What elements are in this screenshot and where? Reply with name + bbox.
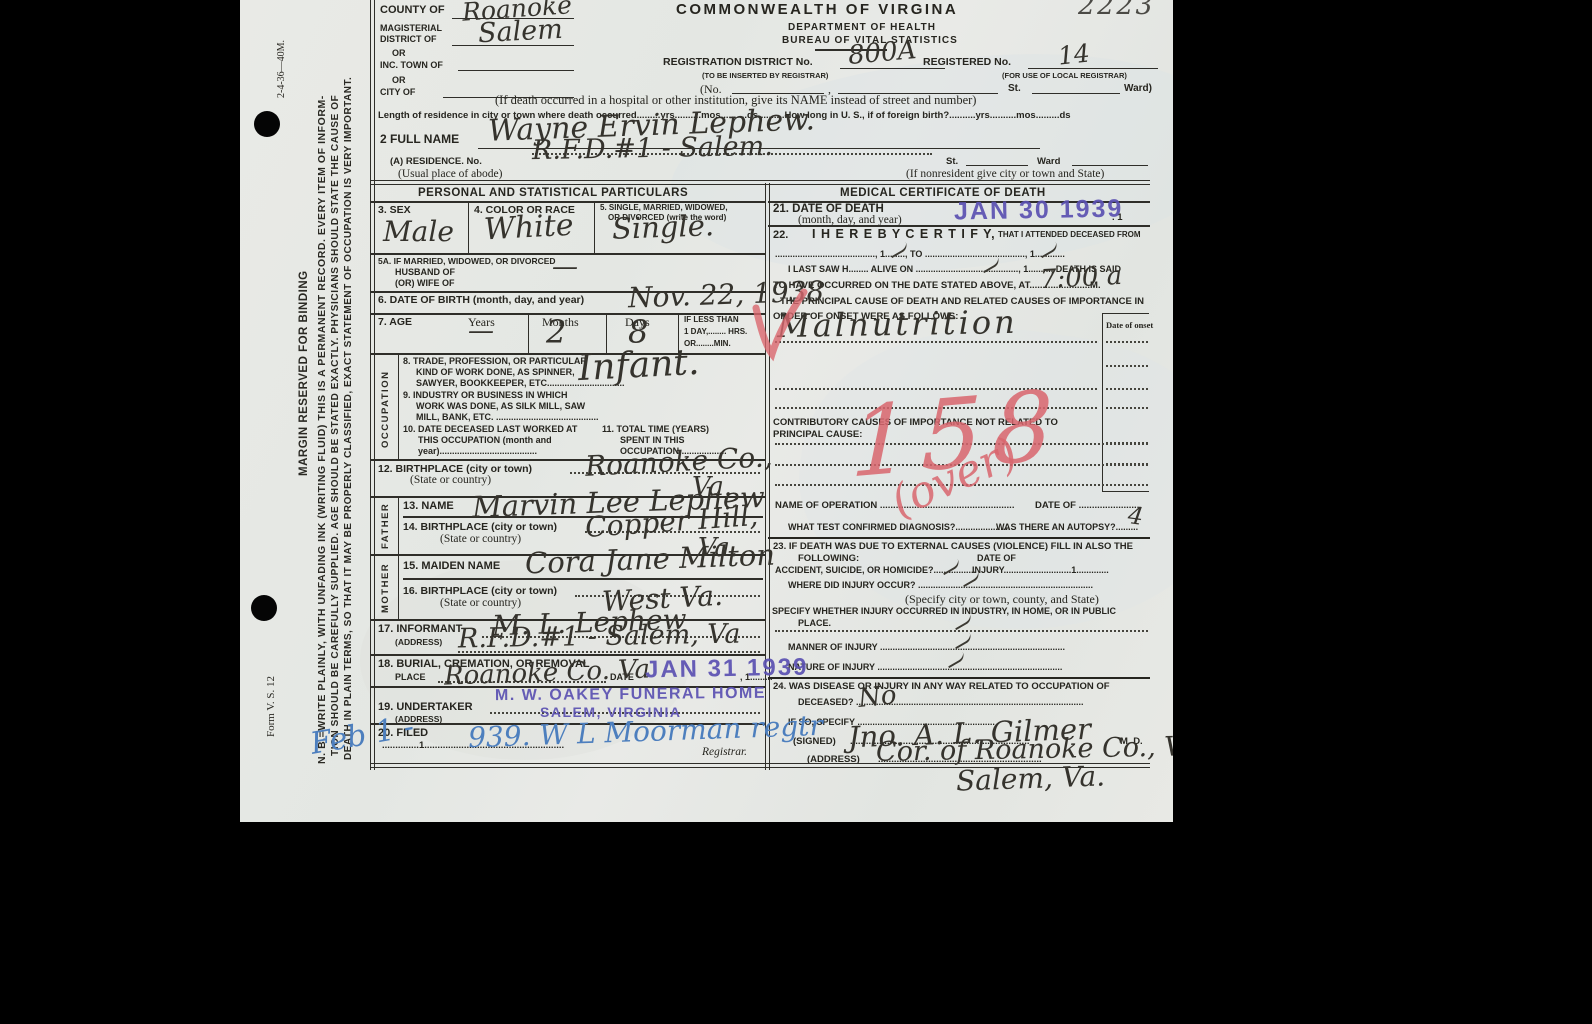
reg-note-2: (FOR USE OF LOCAL REGISTRAR) (1002, 71, 1127, 80)
screenshot-background: 2-4-36—40M. MARGIN RESERVED FOR BINDING … (0, 0, 1592, 1024)
contributory-line2: PRINCIPAL CAUSE: (773, 429, 862, 440)
margin-form-number: Form V. S. 12 (265, 676, 277, 737)
or-label-2: OR (392, 75, 406, 85)
q24-line1: 24. WAS DISEASE OR INJURY IN ANY WAY REL… (773, 681, 1110, 692)
q23-specify-line2: PLACE. (798, 618, 831, 628)
margin-form-code: 2-4-36—40M. (276, 40, 287, 98)
funeral-home-stamp-line2: SALEM, VIRGINIA (540, 704, 682, 720)
margin-nb-line2: TION SHOULD BE CAREFULLY SUPPLIED. AGE S… (330, 95, 341, 756)
funeral-home-stamp-line1: M. W. OAKEY FUNERAL HOME (495, 685, 766, 705)
q10-line1: 10. DATE DECEASED LAST WORKED AT (403, 424, 577, 434)
operation-date-label: DATE OF ....................... (1035, 500, 1139, 511)
q23-where-line: WHERE DID INJURY OCCUR? ................… (788, 580, 1093, 590)
row6-rule (370, 313, 765, 315)
district-label: DISTRICT OF (380, 34, 437, 44)
q22-number: 22. (773, 229, 788, 241)
marital-value: Single. (611, 208, 714, 246)
occupation-inner-line (398, 353, 399, 459)
autopsy-label: WAS THERE AN AUTOPSY?......... (996, 522, 1138, 532)
punch-hole-bottom (251, 595, 277, 621)
no-line (732, 81, 824, 94)
residence-ward-label: Ward (1037, 156, 1060, 167)
dept-of-health: DEPARTMENT OF HEALTH (788, 22, 936, 33)
q23-nature-line: NATURE OF INJURY .......................… (788, 662, 1062, 672)
q18-place-label: PLACE (395, 672, 426, 682)
certificate-number: 2223 (1078, 0, 1155, 21)
registrar-label: Registrar. (702, 746, 747, 758)
reg-district-value: 800A (847, 35, 918, 71)
age-label: 7. AGE (378, 316, 412, 328)
race-value: White (483, 208, 574, 248)
q22-fromto-line: ........................................… (775, 249, 1065, 259)
q8-value: Infant. (577, 342, 700, 389)
q23-line2: FOLLOWING: (798, 553, 859, 564)
time-of-death-value: 7:00 a (1039, 261, 1123, 295)
q12-sub: (State or country) (410, 474, 491, 486)
father-vertical-label: FATHER (380, 503, 391, 549)
q19-label: 19. UNDERTAKER (378, 701, 473, 713)
q8-line2: KIND OF WORK DONE, AS SPINNER, (416, 367, 575, 377)
q23-specify-line1: SPECIFY WHETHER INJURY OCCURRED IN INDUS… (772, 606, 1116, 616)
q24-top-rule (768, 677, 1150, 679)
cause-of-death-value: Malnutrition (777, 303, 1018, 345)
mother-vertical-label: MOTHER (380, 563, 391, 613)
registered-no-line (1028, 54, 1158, 69)
age-div-1 (528, 314, 529, 353)
q11-line1: 11. TOTAL TIME (YEARS) (602, 424, 709, 434)
st-label: St. (1008, 83, 1021, 94)
residence-st-label: St. (946, 156, 958, 167)
q14-sub: (State or country) (440, 533, 521, 545)
q9-line1: 9. INDUSTRY OR BUSINESS IN WHICH (403, 390, 568, 400)
death-date-stamp: JAN 30 1939 (954, 195, 1124, 227)
onset-dot-2 (1106, 365, 1148, 367)
q23-top-rule (768, 537, 1150, 539)
q12-value-1: Roanoke Co., (584, 440, 773, 483)
left-heading-rule (370, 201, 765, 203)
residence-value: R.F.D.#1 - Salem. (532, 131, 773, 166)
q17-label: 17. INFORMANT (378, 623, 462, 635)
age-months-value: 2 (546, 313, 566, 351)
reg-note-1: (TO BE INSERTED BY REGISTRAR) (702, 71, 828, 80)
q11-line2: SPENT IN THIS (620, 435, 685, 445)
q23-injury-line: INJURY...........................1......… (972, 565, 1109, 575)
q23-dateof-label: DATE OF (977, 553, 1016, 563)
q5a-line1: 5A. IF MARRIED, WIDOWED, OR DIVORCED (378, 256, 556, 266)
age-years-value: — (468, 316, 494, 346)
onset-dot-3 (1106, 388, 1148, 390)
q15-value: Cora Jane Milton (524, 538, 775, 581)
race-marital-divider (594, 202, 595, 253)
registered-no-value: 14 (1057, 38, 1092, 70)
q5a-line2: HUSBAND OF (395, 267, 455, 277)
inc-town-label: INC. TOWN OF (380, 60, 443, 70)
q5a-value: — (552, 252, 578, 282)
sex-value: Male (383, 215, 454, 248)
onset-dot-1 (1106, 341, 1148, 343)
q17-addr-value: R.F.D.#1 - Salem, Va (458, 619, 741, 655)
q15-label: 15. MAIDEN NAME (403, 560, 500, 572)
row7-rule (370, 353, 765, 355)
magisterial-label: MAGISTERIAL (380, 23, 442, 33)
residence-label: (A) RESIDENCE. No. (390, 156, 482, 167)
q17-addr-label: (ADDRESS) (395, 637, 442, 647)
punch-hole-top (254, 111, 280, 137)
burial-date-stamp: JAN 31 1939 (645, 654, 809, 685)
st-line (1032, 81, 1120, 94)
or-label-1: OR (392, 48, 406, 58)
q23-manner-line: MANNER OF INJURY .......................… (788, 642, 1065, 652)
street-line (838, 81, 998, 94)
city-line (443, 83, 574, 98)
q16-label: 16. BIRTHPLACE (city or town) (403, 585, 557, 597)
residence-st-line (966, 153, 1028, 166)
full-name-label: 2 FULL NAME (380, 132, 459, 146)
death-certificate-document: 2-4-36—40M. MARGIN RESERVED FOR BINDING … (240, 0, 1173, 822)
physician-address-2: Salem, Va. (955, 759, 1105, 797)
onset-dot-4 (1106, 407, 1148, 409)
abode-note: (Usual place of abode) (398, 168, 502, 180)
q10-line3: year)...................................… (418, 446, 537, 456)
q22-rest: THAT I ATTENDED DECEASED FROM (998, 230, 1141, 239)
margin-nb-line1: N. B.=WRITE PLAINLY, WITH UNFADING INK (… (316, 95, 328, 764)
q9-line2: WORK WAS DONE, AS SILK MILL, SAW (416, 401, 585, 411)
district-value: Salem (477, 14, 563, 49)
city-label: CITY OF (380, 87, 415, 97)
county-label: COUNTY OF (380, 4, 445, 16)
inc-town-line (458, 56, 574, 71)
q23-line1: 23. IF DEATH WAS DUE TO EXTERNAL CAUSES … (773, 541, 1133, 552)
commonwealth-title: COMMONWEALTH OF VIRGINA (676, 1, 958, 18)
reg-district-label: REGISTRATION DISTRICT No. (663, 56, 813, 68)
red-checkmark (748, 286, 812, 370)
if-less-line2: 1 DAY,........ HRS. (684, 327, 747, 336)
residence-ward-line (1072, 153, 1148, 166)
q16-sub: (State or country) (440, 597, 521, 609)
sex-race-divider (468, 202, 469, 253)
father-inner-line (398, 496, 399, 554)
header-divider (370, 180, 1150, 185)
q23-dot-line (775, 630, 1148, 632)
nonresident-note: (If nonresident give city or town and St… (906, 168, 1104, 180)
margin-binding-note: MARGIN RESERVED FOR BINDING (298, 270, 310, 476)
occupation-vertical-label: OCCUPATION (380, 371, 391, 448)
left-heading: PERSONAL AND STATISTICAL PARTICULARS (418, 187, 688, 199)
if-less-line1: IF LESS THAN (684, 315, 739, 324)
q10-line2: THIS OCCUPATION (month and (418, 435, 552, 445)
margin-nb-line3: DEATH IN PLAIN TERMS, SO THAT IT MAY BE … (343, 77, 354, 760)
q8-line1: 8. TRADE, PROFESSION, OR PARTICULAR (403, 356, 587, 366)
q23-specify-sub: (Specify city or town, county, and State… (905, 592, 1099, 607)
q24-deceased-line: DECEASED? ..............................… (798, 697, 1084, 707)
ward-label: Ward) (1124, 83, 1152, 94)
q9-line3: MILL, BANK, ETC. .......................… (416, 412, 599, 422)
mother-inner-line (398, 554, 399, 619)
dob-label: 6. DATE OF BIRTH (month, day, and year) (378, 294, 584, 306)
q5a-line3: (OR) WIFE OF (395, 278, 455, 288)
test-label: WHAT TEST CONFIRMED DIAGNOSIS?..........… (788, 522, 1010, 532)
q24-value: No (857, 680, 898, 714)
q13-label: 13. NAME (403, 500, 454, 512)
